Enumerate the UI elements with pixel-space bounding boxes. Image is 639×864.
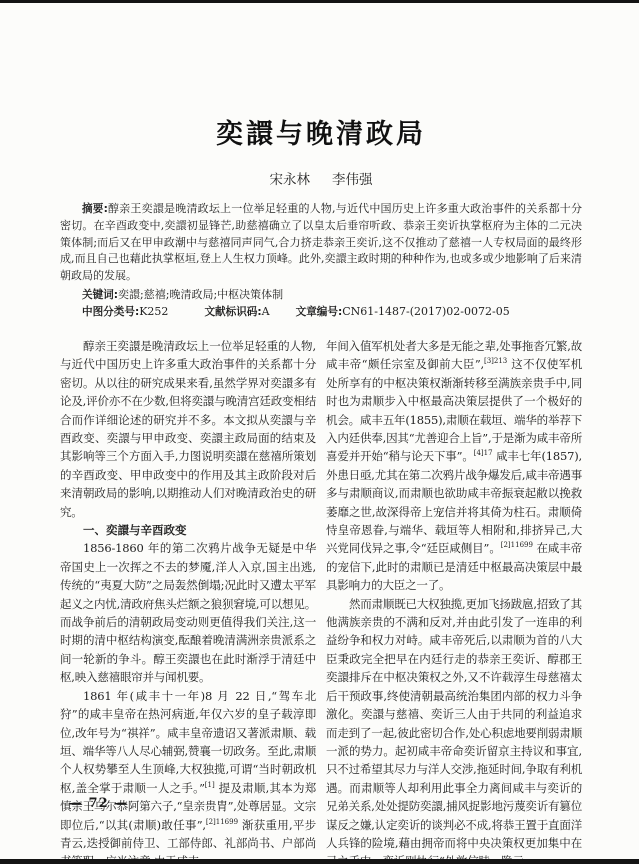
scan-edge-top: [0, 0, 639, 3]
body-paragraph: 1861 年(咸丰十一年)8 月 22 日,“驾车北狩”的咸丰皇帝在热河病逝,年…: [60, 687, 316, 864]
article-id-item: 文章编号:CN61-1487-(2017)02-0072-05: [296, 305, 510, 318]
doc-code-item: 文献标识码:A: [204, 305, 269, 318]
citation-marker: [2]11699: [501, 542, 533, 550]
keywords-text: 奕譞;慈禧;晚清政局;中枢决策体制: [118, 288, 283, 301]
body-columns: 醇亲王奕譞是晚清政坛上一位举足轻重的人物,与近代中国历史上许多重大政治事件的关系…: [60, 337, 582, 864]
scan-edge-bottom: [0, 859, 639, 864]
article-id-label: 文章编号:: [296, 306, 343, 318]
doc-code-value: A: [262, 305, 270, 318]
body-paragraph: 然而肃顺既已大权独揽,更加飞扬跋扈,招致了其他满族亲贵的不满和反对,并由此引发了…: [326, 595, 582, 864]
right-column: 年间入值军机处者大多是无能之辈,处事拖沓冗繁,故咸丰帝“颇任宗室及御前大臣”,[…: [326, 337, 582, 864]
keywords-line: 关键词:奕譞;慈禧;晚清政局;中枢决策体制: [60, 287, 582, 304]
article-title: 奕譞与晚清政局: [60, 112, 582, 151]
left-column: 醇亲王奕譞是晚清政坛上一位举足轻重的人物,与近代中国历史上许多重大政治事件的关系…: [60, 337, 316, 864]
meta-line: 中图分类号:K252文献标识码:A文章编号:CN61-1487-(2017)02…: [60, 304, 582, 321]
abstract-text: 醇亲王奕譞是晚清政坛上一位举足轻重的人物,与近代中国历史上许多重大政治事件的关系…: [60, 202, 582, 282]
section-heading: 一、奕譞与辛酉政变: [60, 521, 316, 539]
citation-marker: [3]213: [484, 358, 507, 366]
citation-marker: [2]11699: [206, 818, 238, 826]
article-content: 奕譞与晚清政局 宋永林李伟强 摘要:醇亲王奕譞是晚清政坛上一位举足轻重的人物,与…: [60, 112, 582, 864]
citation-marker: [4]17: [474, 450, 493, 458]
journal-page: 奕譞与晚清政局 宋永林李伟强 摘要:醇亲王奕譞是晚清政坛上一位举足轻重的人物,与…: [0, 0, 639, 864]
clc-value: K252: [139, 305, 168, 318]
authors-line: 宋永林李伟强: [60, 168, 582, 188]
article-id-value: CN61-1487-(2017)02-0072-05: [342, 305, 509, 318]
body-paragraph: 1856-1860 年的第二次鸦片战争无疑是中华帝国史上一次挥之不去的梦魇,洋人…: [60, 539, 316, 686]
abstract-label: 摘要:: [82, 203, 108, 215]
body-paragraph: 醇亲王奕譞是晚清政坛上一位举足轻重的人物,与近代中国历史上许多重大政治事件的关系…: [60, 337, 316, 521]
citation-marker: [1]: [205, 781, 215, 789]
author-name: 李伟强: [332, 172, 373, 188]
body-paragraph: 年间入值军机处者大多是无能之辈,处事拖沓冗繁,故咸丰帝“颇任宗室及御前大臣”,[…: [326, 337, 582, 595]
clc-label: 中图分类号:: [82, 306, 139, 318]
abstract: 摘要:醇亲王奕譞是晚清政坛上一位举足轻重的人物,与近代中国历史上许多重大政治事件…: [60, 201, 582, 285]
keywords-label: 关键词:: [82, 289, 118, 301]
author-name: 宋永林: [270, 172, 311, 188]
doc-code-label: 文献标识码:: [204, 306, 261, 318]
clc-item: 中图分类号:K252: [82, 305, 168, 318]
page-number: — 72 —: [69, 796, 128, 811]
